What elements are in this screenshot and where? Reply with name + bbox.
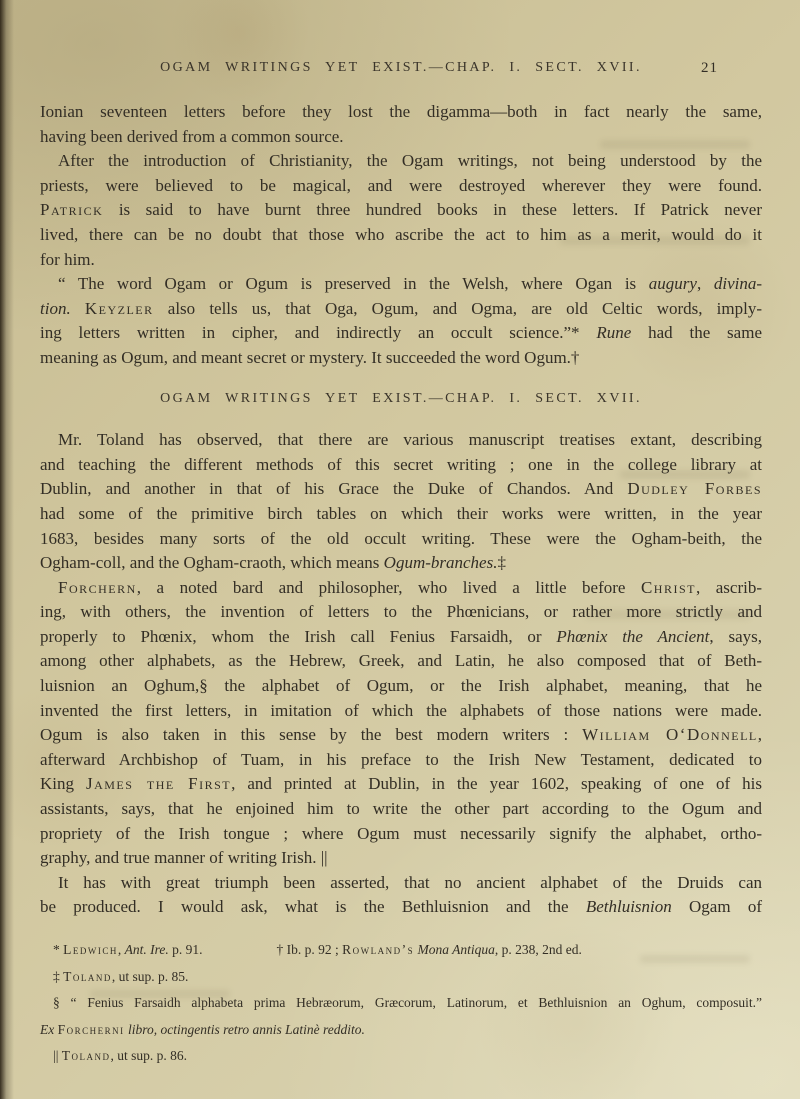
text-segment: is said to have burnt three hundred book… <box>103 200 762 219</box>
text-segment: , <box>758 725 762 744</box>
text-segment: had some of the primitive birch tables o… <box>40 504 762 523</box>
text-line: Patrick is said to have burnt three hund… <box>40 198 762 223</box>
text-segment: properly to Phœnix, whom the Irish call … <box>40 627 556 646</box>
text-segment: Toland <box>63 969 112 984</box>
page-number: 21 <box>701 60 718 77</box>
text-segment: Ionian seventeen letters before they los… <box>40 102 762 121</box>
text-segment: ing, with others, the invention of lette… <box>40 602 762 621</box>
text-line: Mr. Toland has observed, that there are … <box>40 428 762 453</box>
text-segment: Dublin, and another in that of his Grace… <box>40 479 627 498</box>
text-segment: and teaching the different methods of th… <box>40 455 762 474</box>
text-segment: Mona Antiqua <box>418 942 495 957</box>
text-segment: * <box>53 942 63 957</box>
footnotes: * Ledwich, Ant. Ire. p. 91.† Ib. p. 92 ;… <box>40 937 762 1070</box>
text-segment: ‡ <box>497 553 506 572</box>
text-line: lived, there can be no doubt that those … <box>40 223 762 248</box>
text-segment: luisnion an Oghum,§ the alphabet of Ogum… <box>40 676 762 695</box>
text-segment: ‡ <box>53 969 63 984</box>
text-line: Ionian seventeen letters before they los… <box>40 100 762 125</box>
text-line: meaning as Ogum, and meant secret or mys… <box>40 346 762 371</box>
text-segment: had the same <box>631 323 762 342</box>
section-heading: OGAM WRITINGS YET EXIST.—CHAP. I. SECT. … <box>40 387 762 412</box>
text-segment: Forcherni <box>58 1022 125 1037</box>
footnote-line: || Toland, ut sup. p. 86. <box>40 1043 762 1070</box>
text-segment: among other alphabets, as the Hebrew, Gr… <box>40 651 762 670</box>
text-segment: Phœnix the Ancient <box>556 627 709 646</box>
text-line: propriety of the Irish tongue ; where Og… <box>40 822 762 847</box>
text-line: graphy, and true manner of writing Irish… <box>40 846 762 871</box>
text-segment: , ascrib- <box>696 578 762 597</box>
text-segment: augury <box>649 274 697 293</box>
text-segment: for him. <box>40 250 95 269</box>
text-segment: Mr. Toland has observed, that there are … <box>58 430 762 449</box>
paragraph: After the introduction of Christianity, … <box>40 149 762 272</box>
text-segment: Rowland’s <box>342 942 414 957</box>
body-paragraphs-before-heading: Ionian seventeen letters before they los… <box>40 100 762 371</box>
text-segment: Rune <box>596 323 631 342</box>
page-content: OGAM WRITINGS YET EXIST.—CHAP. I. SECT. … <box>40 60 762 1070</box>
text-segment: Toland <box>62 1048 111 1063</box>
text-segment: Ogham-coll, and the Ogham-craoth, which … <box>40 553 384 572</box>
footnote-line: * Ledwich, Ant. Ire. p. 91.† Ib. p. 92 ;… <box>40 937 762 964</box>
text-segment: priests, were believed to be magical, an… <box>40 176 762 195</box>
text-line: priests, were believed to be magical, an… <box>40 174 762 199</box>
text-segment: “ The word Ogam or Ogum is preserved in … <box>58 274 649 293</box>
text-segment: afterward Archbishop of Tuam, in his pre… <box>40 750 762 769</box>
text-line: be produced. I would ask, what is the Be… <box>40 895 762 920</box>
text-segment: Ledwich <box>63 942 118 957</box>
text-line: tion. Keyzler also tells us, that Oga, O… <box>40 297 762 322</box>
text-line: having been derived from a common source… <box>40 125 762 150</box>
text-segment: p. 91. <box>169 942 203 957</box>
text-segment: , <box>118 942 125 957</box>
text-segment: , p. 238, 2nd ed. <box>495 942 582 957</box>
text-segment: † Ib. p. 92 ; <box>277 942 343 957</box>
footnote-line: Ex Forcherni libro, octingentis retro an… <box>40 1017 762 1044</box>
text-segment: § “ Fenius Farsaidh alphabeta prima Hebr… <box>53 995 762 1010</box>
text-line: afterward Archbishop of Tuam, in his pre… <box>40 748 762 773</box>
footnote-line: § “ Fenius Farsaidh alphabeta prima Hebr… <box>40 990 762 1017</box>
text-segment: James the First <box>86 774 231 793</box>
text-line: Ogum is also taken in this sense by the … <box>40 723 762 748</box>
text-segment: 1683, besides many sorts of the old occu… <box>40 529 762 548</box>
text-line: Ogham-coll, and the Ogham-craoth, which … <box>40 551 762 576</box>
text-segment: Ogum-branches. <box>384 553 498 572</box>
text-segment: lived, there can be no doubt that those … <box>40 225 762 244</box>
text-segment: Christ <box>641 578 696 597</box>
paragraph: Ionian seventeen letters before they los… <box>40 100 762 149</box>
running-header-title: OGAM WRITINGS YET EXIST.—CHAP. I. SECT. … <box>40 60 762 76</box>
text-line: assistants, says, that he enjoined him t… <box>40 797 762 822</box>
text-segment: , and printed at Dublin, in the year 160… <box>231 774 762 793</box>
text-segment: William O‘Donnell <box>582 725 758 744</box>
text-segment: propriety of the Irish tongue ; where Og… <box>40 824 762 843</box>
text-line: luisnion an Oghum,§ the alphabet of Ogum… <box>40 674 762 699</box>
text-line: ing, with others, the invention of lette… <box>40 600 762 625</box>
text-segment <box>71 299 85 318</box>
text-line: 1683, besides many sorts of the old occu… <box>40 527 762 552</box>
text-line: King James the First, and printed at Dub… <box>40 772 762 797</box>
text-segment: Ant. Ire. <box>125 942 169 957</box>
paragraph: It has with great triumph been asserted,… <box>40 871 762 920</box>
page-body: Ionian seventeen letters before they los… <box>40 100 762 1070</box>
text-segment: libro, octingentis retro annis Latinè re… <box>128 1022 365 1037</box>
text-line: and teaching the different methods of th… <box>40 453 762 478</box>
text-line: for him. <box>40 248 762 273</box>
paragraph: Mr. Toland has observed, that there are … <box>40 428 762 576</box>
text-line: ing letters written in cipher, and indir… <box>40 321 762 346</box>
text-segment: meaning as Ogum, and meant secret or mys… <box>40 348 579 367</box>
text-segment: assistants, says, that he enjoined him t… <box>40 799 762 818</box>
text-segment: , ut sup. p. 85. <box>112 969 189 984</box>
paragraph: “ The word Ogam or Ogum is preserved in … <box>40 272 762 370</box>
text-segment: Ogam of <box>672 897 762 916</box>
text-segment: tion. <box>40 299 71 318</box>
text-line: Forchern, a noted bard and philosopher, … <box>40 576 762 601</box>
text-segment: having been derived from a common source… <box>40 127 344 146</box>
text-segment: Bethluisnion <box>586 897 672 916</box>
text-segment: Dudley Forbes <box>627 479 762 498</box>
book-page-scan: OGAM WRITINGS YET EXIST.—CHAP. I. SECT. … <box>0 0 800 1099</box>
text-segment: also tells us, that Oga, Ogum, and Ogma,… <box>154 299 762 318</box>
text-segment: graphy, and true manner of writing Irish… <box>40 848 328 867</box>
text-segment: King <box>40 774 86 793</box>
text-line: Dublin, and another in that of his Grace… <box>40 477 762 502</box>
text-segment: divina- <box>714 274 762 293</box>
text-segment: Keyzler <box>85 299 154 318</box>
text-segment: Forchern <box>58 578 137 597</box>
text-line: among other alphabets, as the Hebrew, Gr… <box>40 649 762 674</box>
text-segment: , a noted bard and philosopher, who live… <box>137 578 641 597</box>
text-segment: || <box>53 1048 62 1063</box>
text-segment: , says, <box>709 627 762 646</box>
text-segment: , <box>697 274 714 293</box>
running-header: OGAM WRITINGS YET EXIST.—CHAP. I. SECT. … <box>40 60 762 80</box>
text-segment: be produced. I would ask, what is the Be… <box>40 897 586 916</box>
text-segment: After the introduction of Christianity, … <box>58 151 762 170</box>
text-segment: Ogum is also taken in this sense by the … <box>40 725 582 744</box>
footnote-line: ‡ Toland, ut sup. p. 85. <box>40 964 762 991</box>
paragraph: Forchern, a noted bard and philosopher, … <box>40 576 762 871</box>
text-line: had some of the primitive birch tables o… <box>40 502 762 527</box>
text-line: It has with great triumph been asserted,… <box>40 871 762 896</box>
text-line: After the introduction of Christianity, … <box>40 149 762 174</box>
text-segment: Ex <box>40 1022 58 1037</box>
text-segment: Patrick <box>40 200 103 219</box>
text-line: properly to Phœnix, whom the Irish call … <box>40 625 762 650</box>
text-segment: , ut sup. p. 86. <box>111 1048 188 1063</box>
text-segment: It has with great triumph been asserted,… <box>58 873 762 892</box>
text-line: invented the first letters, in imitation… <box>40 699 762 724</box>
text-segment: invented the first letters, in imitation… <box>40 701 762 720</box>
page-gutter-shadow <box>0 0 14 1099</box>
body-paragraphs-after-heading: Mr. Toland has observed, that there are … <box>40 428 762 920</box>
text-segment: ing letters written in cipher, and indir… <box>40 323 596 342</box>
text-line: “ The word Ogam or Ogum is preserved in … <box>40 272 762 297</box>
